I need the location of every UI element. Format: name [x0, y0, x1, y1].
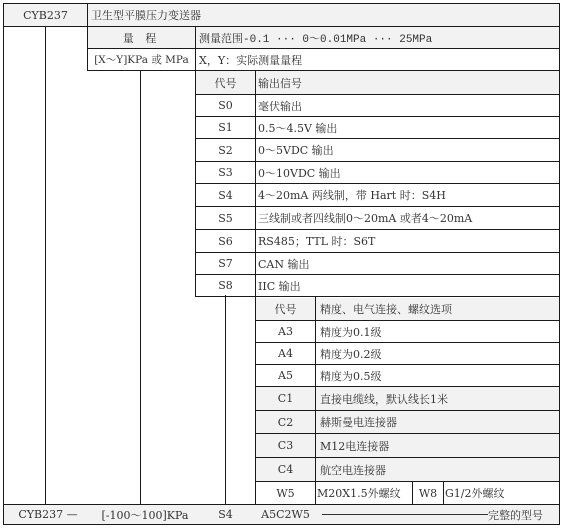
options-header-code: 代号	[256, 298, 315, 320]
output-code: S6	[196, 230, 255, 252]
tree-line-3	[225, 295, 226, 505]
range-unit-format: [X～Y]KPa 或 MPa	[88, 49, 195, 70]
tree-line-2	[140, 70, 141, 505]
border-right	[559, 3, 560, 525]
line-h	[195, 296, 560, 297]
output-code: S8	[196, 275, 255, 296]
options-header-desc: 精度、电气连接、螺纹选项	[318, 298, 559, 320]
line-v	[315, 296, 316, 505]
output-desc: 0～5VDC 输出	[256, 139, 559, 161]
thread-desc-w8: G1/2外螺纹	[444, 482, 559, 504]
output-desc: 0～10VDC 输出	[256, 162, 559, 183]
option-desc: 精度为0.1级	[318, 321, 559, 342]
option-desc: 赫斯曼电连接器	[318, 411, 559, 433]
example-leader-line	[322, 514, 488, 515]
range-label: 量 程	[88, 27, 195, 48]
example-caption: 完整的型号	[488, 505, 558, 524]
option-desc: 精度为0.5级	[318, 365, 559, 386]
example-range: [-100～100]KPa	[92, 505, 198, 524]
output-code: S2	[196, 139, 255, 161]
output-header-desc: 输出信号	[256, 71, 559, 94]
border-bottom	[3, 524, 560, 525]
example-model: CYB237 —	[4, 505, 92, 524]
option-code: C2	[256, 411, 315, 433]
output-code: S0	[196, 95, 255, 116]
output-desc: RS485；TTL 时：S6T	[256, 230, 559, 252]
option-code: C1	[256, 387, 315, 410]
output-code: S4	[196, 184, 255, 206]
output-desc: 4～20mA 两线制，带 Hart 时：S4H	[256, 184, 559, 206]
output-code: S3	[196, 162, 255, 183]
option-code: C4	[256, 458, 315, 481]
output-code: S1	[196, 117, 255, 138]
output-desc: 0.5～4.5V 输出	[256, 117, 559, 138]
option-desc: 直接电缆线，默认线长1米	[318, 387, 559, 410]
header-title: 卫生型平膜压力变送器	[89, 4, 559, 26]
option-code: C3	[256, 434, 315, 457]
example-output: S4	[196, 505, 255, 524]
output-desc: CAN 输出	[256, 253, 559, 274]
thread-code-w5: W5	[256, 482, 315, 504]
option-desc: 精度为0.2级	[318, 343, 559, 364]
output-desc: IIC 输出	[256, 275, 559, 296]
tree-line-1	[45, 26, 46, 505]
thread-desc-w5: M20X1.5外螺纹	[316, 482, 412, 504]
range-text: 测量范围-0.1 ··· 0～0.01MPa ··· 25MPa	[197, 27, 559, 48]
output-header-code: 代号	[196, 71, 255, 94]
thread-code-w8: W8	[413, 482, 443, 504]
example-options: A5C2W5	[256, 505, 315, 524]
option-desc: 航空电连接器	[318, 458, 559, 481]
output-code: S7	[196, 253, 255, 274]
option-code: A4	[256, 343, 315, 364]
option-code: A5	[256, 365, 315, 386]
border-left	[3, 3, 4, 525]
option-desc: M12电连接器	[318, 434, 559, 457]
output-code: S5	[196, 207, 255, 229]
output-desc: 毫伏输出	[256, 95, 559, 116]
option-code: A3	[256, 321, 315, 342]
output-desc: 三线制或者四线制0～20mA 或者4～20mA	[256, 207, 559, 229]
header-model: CYB237	[4, 4, 87, 26]
range-unit-desc: X，Y：实际测量量程	[197, 49, 559, 70]
